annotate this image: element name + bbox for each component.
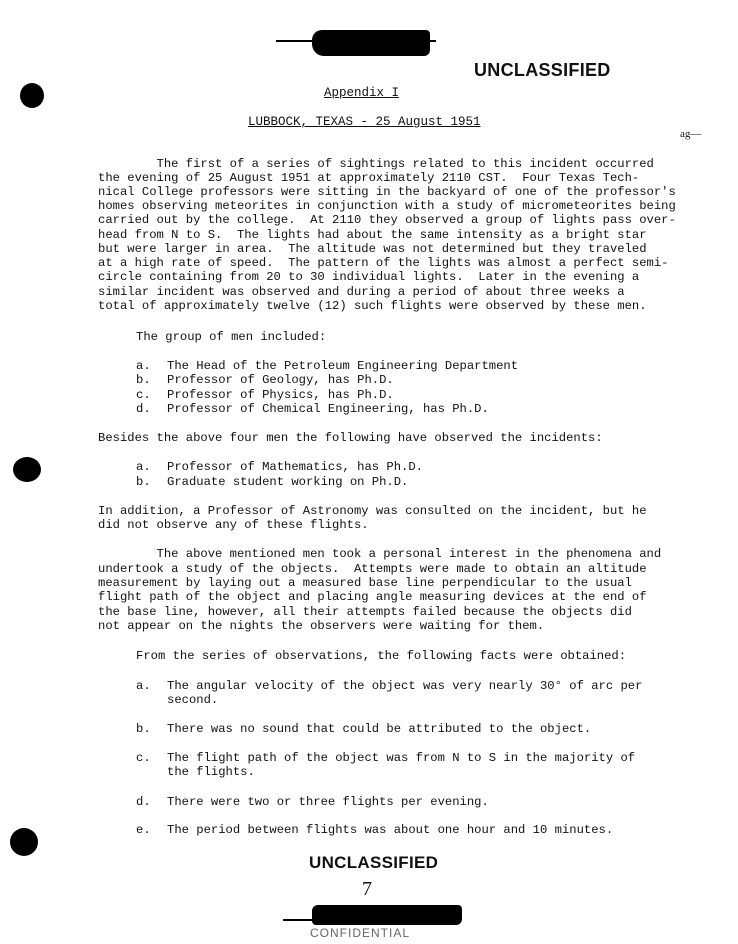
text-line: nical College professors were sitting in…	[98, 185, 676, 199]
page-number: 7	[362, 878, 372, 901]
list-item: Professor of Geology, has Ph.D.	[167, 373, 394, 387]
classification-stamp-top: UNCLASSIFIED	[474, 60, 611, 81]
text-line: The first of a series of sightings relat…	[98, 157, 654, 171]
classification-stamp-bottom: UNCLASSIFIED	[309, 853, 438, 873]
list-marker: d.	[136, 795, 151, 809]
list-marker: c.	[136, 388, 151, 402]
text-line: not appear on the nights the observers w…	[98, 619, 544, 633]
text-line: measurement by laying out a measured bas…	[98, 576, 632, 590]
list-item: Professor of Physics, has Ph.D.	[167, 388, 394, 402]
text-line: at a high rate of speed. The pattern of …	[98, 256, 668, 270]
redacted-stamp-residue: CONFIDENTIAL	[310, 926, 410, 940]
text-line: head from N to S. The lights had about t…	[98, 228, 647, 242]
text-line: circle containing from 20 to 30 individu…	[98, 270, 639, 284]
list-marker: b.	[136, 373, 151, 387]
list-item: Graduate student working on Ph.D.	[167, 475, 408, 489]
list-marker: b.	[136, 722, 151, 736]
list-marker: c.	[136, 751, 151, 765]
list-marker: a.	[136, 460, 151, 474]
punch-hole-middle	[13, 457, 41, 482]
punch-hole-bottom	[10, 828, 38, 856]
list-item: The Head of the Petroleum Engineering De…	[167, 359, 518, 373]
list-item: There were two or three flights per even…	[167, 795, 489, 809]
list-marker: e.	[136, 823, 151, 837]
text-line: the evening of 25 August 1951 at approxi…	[98, 171, 639, 185]
location-date-heading: LUBBOCK, TEXAS - 25 August 1951	[248, 115, 481, 129]
group-intro: The group of men included:	[136, 330, 326, 344]
text-line: the base line, however, all their attemp…	[98, 605, 632, 619]
text-line: carried out by the college. At 2110 they…	[98, 213, 676, 227]
redaction-block-top	[312, 30, 430, 56]
handwritten-mark: ag—	[680, 128, 701, 140]
redaction-block-bottom	[312, 905, 462, 925]
besides-intro: Besides the above four men the following…	[98, 431, 603, 445]
text-line: but were larger in area. The altitude wa…	[98, 242, 647, 256]
list-item: The angular velocity of the object was v…	[167, 679, 642, 693]
list-marker: d.	[136, 402, 151, 416]
list-item: second.	[167, 693, 218, 707]
list-marker: a.	[136, 679, 151, 693]
document-page: UNCLASSIFIED Appendix I LUBBOCK, TEXAS -…	[0, 0, 738, 944]
list-item: Professor of Chemical Engineering, has P…	[167, 402, 489, 416]
list-item: There was no sound that could be attribu…	[167, 722, 591, 736]
list-item: Professor of Mathematics, has Ph.D.	[167, 460, 423, 474]
text-line: homes observing meteorites in conjunctio…	[98, 199, 676, 213]
text-line: total of approximately twelve (12) such …	[98, 299, 647, 313]
list-item: The flight path of the object was from N…	[167, 751, 635, 765]
punch-hole-top	[20, 83, 44, 108]
list-marker: a.	[136, 359, 151, 373]
text-line: did not observe any of these flights.	[98, 518, 369, 532]
list-item: the flights.	[167, 765, 255, 779]
text-line: undertook a study of the objects. Attemp…	[98, 562, 647, 576]
text-line: similar incident was observed and during…	[98, 285, 625, 299]
list-item: The period between flights was about one…	[167, 823, 613, 837]
text-line: flight path of the object and placing an…	[98, 590, 647, 604]
text-line: The above mentioned men took a personal …	[98, 547, 661, 561]
appendix-title: Appendix I	[324, 86, 399, 100]
facts-intro: From the series of observations, the fol…	[136, 649, 626, 663]
text-line: In addition, a Professor of Astronomy wa…	[98, 504, 647, 518]
list-marker: b.	[136, 475, 151, 489]
